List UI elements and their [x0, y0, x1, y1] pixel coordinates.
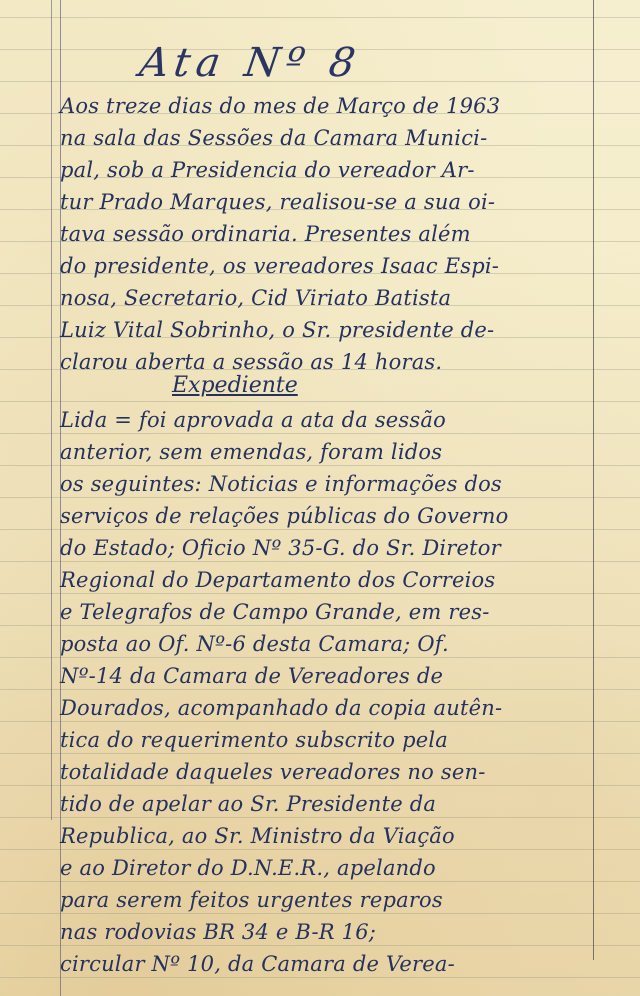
text-line: Nº-14 da Camara de Vereadores de [60, 660, 443, 692]
rule-line [0, 17, 640, 18]
document-title: Ata Nº 8 [137, 40, 364, 86]
text-line: circular Nº 10, da Camara de Verea- [60, 948, 455, 980]
text-line: posta ao Of. Nº-6 desta Camara; Of. [60, 628, 449, 660]
text-line: Lida = foi aprovada a ata da sessão [60, 404, 446, 436]
text-line: Luiz Vital Sobrinho, o Sr. presidente de… [60, 314, 494, 346]
text-line: nosa, Secretario, Cid Viriato Batista [60, 282, 451, 314]
text-line: do Estado; Oficio Nº 35-G. do Sr. Direto… [60, 532, 501, 564]
text-line: do presidente, os vereadores Isaac Espi- [60, 250, 499, 282]
text-line: Regional do Departamento dos Correios [60, 564, 495, 596]
text-line: serviços de relações públicas do Governo [60, 500, 508, 532]
text-line: e ao Diretor do D.N.E.R., apelando [60, 852, 436, 884]
text-line: e Telegrafos de Campo Grande, em res- [60, 596, 490, 628]
section-heading: Expediente [172, 370, 298, 402]
text-line: os seguintes: Noticias e informações dos [60, 468, 502, 500]
text-line: Dourados, acompanhado da copia autên- [60, 692, 502, 724]
text-line: tido de apelar ao Sr. Presidente da [60, 788, 436, 820]
text-line: Republica, ao Sr. Ministro da Viação [60, 820, 455, 852]
ledger-page: Ata Nº 8 Aos treze dias do mes de Março … [0, 0, 640, 996]
right-margin-line [593, 0, 594, 960]
text-line: para serem feitos urgentes reparos [60, 884, 443, 916]
text-line: totalidade daqueles vereadores no sen- [60, 756, 486, 788]
text-line: nas rodovias BR 34 e B-R 16; [60, 916, 376, 948]
text-line: pal, sob a Presidencia do vereador Ar- [60, 154, 475, 186]
rule-line [0, 401, 640, 402]
text-line: tur Prado Marques, realisou-se a sua oi- [60, 186, 495, 218]
text-line: tica do requerimento subscrito pela [60, 724, 448, 756]
text-line: tava sessão ordinaria. Presentes além [60, 218, 471, 250]
text-line: na sala das Sessões da Camara Munici- [60, 122, 487, 154]
left-margin-line [51, 0, 52, 820]
text-line: anterior, sem emendas, foram lidos [60, 436, 442, 468]
text-line: Aos treze dias do mes de Março de 1963 [60, 90, 500, 122]
